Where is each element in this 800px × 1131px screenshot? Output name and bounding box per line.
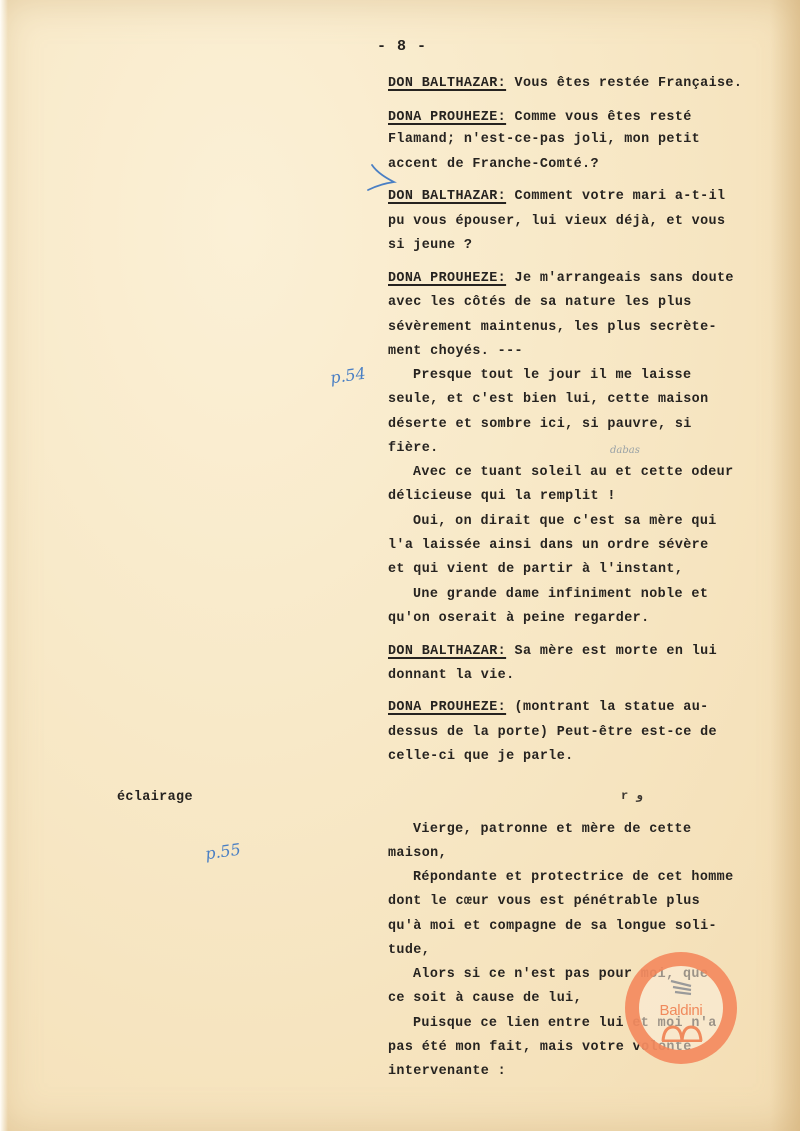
dialogue-line: DON BALTHAZAR: Sa mère est morte en lui [388, 643, 717, 661]
text-line: Une grande dame infiniment noble et [413, 586, 708, 604]
text-line: Flamand; n'est-ce-pas joli, mon petit [388, 131, 700, 149]
speaker-label: DONA PROUHEZE: [388, 700, 506, 715]
library-stamp: Baldini [625, 952, 737, 1064]
text-line: ce soit à cause de lui, [388, 990, 582, 1008]
text-line: celle-ci que je parle. [388, 748, 574, 766]
dialogue-line: DONA PROUHEZE: Je m'arrangeais sans dout… [388, 270, 734, 288]
dialogue-line: DONA PROUHEZE: Comme vous êtes resté [388, 109, 692, 127]
speaker-label: DONA PROUHEZE: [388, 110, 506, 125]
text-line: fière. [388, 440, 439, 458]
dialogue-line: DON BALTHAZAR: Vous êtes restée Français… [388, 75, 742, 93]
text-line: qu'à moi et compagne de sa longue soli- [388, 918, 717, 936]
text-line: maison, [388, 845, 447, 863]
handwritten-chevron-icon [364, 162, 400, 192]
text-line: et qui vient de partir à l'instant, [388, 561, 683, 579]
stamp-lines-icon [667, 978, 697, 1000]
handwritten-page-ref: p.55 [204, 840, 242, 864]
text-line: Vierge, patronne et mère de cette [413, 821, 691, 839]
text-line: Presque tout le jour il me laisse [413, 367, 691, 385]
handwritten-page-ref: p.54 [329, 364, 367, 388]
text-line: Répondante et protectrice de cet homme [413, 869, 734, 887]
text-line: donnant la vie. [388, 667, 515, 685]
text-line: dessus de la porte) Peut-être est-ce de [388, 724, 717, 742]
page-number: - 8 - [377, 38, 427, 55]
text-line: accent de Franche-Comté.? [388, 156, 599, 174]
pencil-note: dabas [610, 445, 640, 456]
stamp-label: Baldini [639, 1002, 723, 1019]
speaker-label: DON BALTHAZAR: [388, 76, 506, 91]
text-line: Oui, on dirait que c'est sa mère qui [413, 513, 717, 531]
text-line: l'a laissée ainsi dans un ordre sévère [388, 537, 709, 555]
text-line: intervenante : [388, 1063, 506, 1081]
margin-note-eclairage: éclairage [117, 790, 193, 805]
text-line: si jeune ? [388, 237, 472, 255]
speaker-label: DON BALTHAZAR: [388, 644, 506, 659]
text-line: ment choyés. --- [388, 343, 523, 361]
text-line: délicieuse qui la remplit ! [388, 488, 616, 506]
document-page: - 8 - DON BALTHAZAR: Vous êtes restée Fr… [0, 0, 800, 1131]
text-line: sévèrement maintenus, les plus secrète- [388, 319, 717, 337]
text-line: dont le cœur vous est pénétrable plus [388, 893, 700, 911]
text-line: avec les côtés de sa nature les plus [388, 294, 692, 312]
dialogue-line: DON BALTHAZAR: Comment votre mari a-t-il [388, 188, 725, 206]
text-line: seule, et c'est bien lui, cette maison [388, 391, 709, 409]
paper-edge [0, 0, 8, 1131]
open-book-icon [661, 1024, 703, 1042]
text-line: tude, [388, 942, 430, 960]
speaker-label: DON BALTHAZAR: [388, 189, 506, 204]
text-line: déserte et sombre ici, si pauvre, si [388, 416, 692, 434]
speaker-label: DONA PROUHEZE: [388, 271, 506, 286]
cue-mark: r ﻭ [621, 788, 643, 803]
text-line: pu vous épouser, lui vieux déjà, et vous [388, 213, 725, 231]
dialogue-line: DONA PROUHEZE: (montrant la statue au- [388, 699, 709, 717]
text-line: Avec ce tuant soleil au et cette odeur [413, 464, 734, 482]
text-line: qu'on oserait à peine regarder. [388, 610, 650, 628]
